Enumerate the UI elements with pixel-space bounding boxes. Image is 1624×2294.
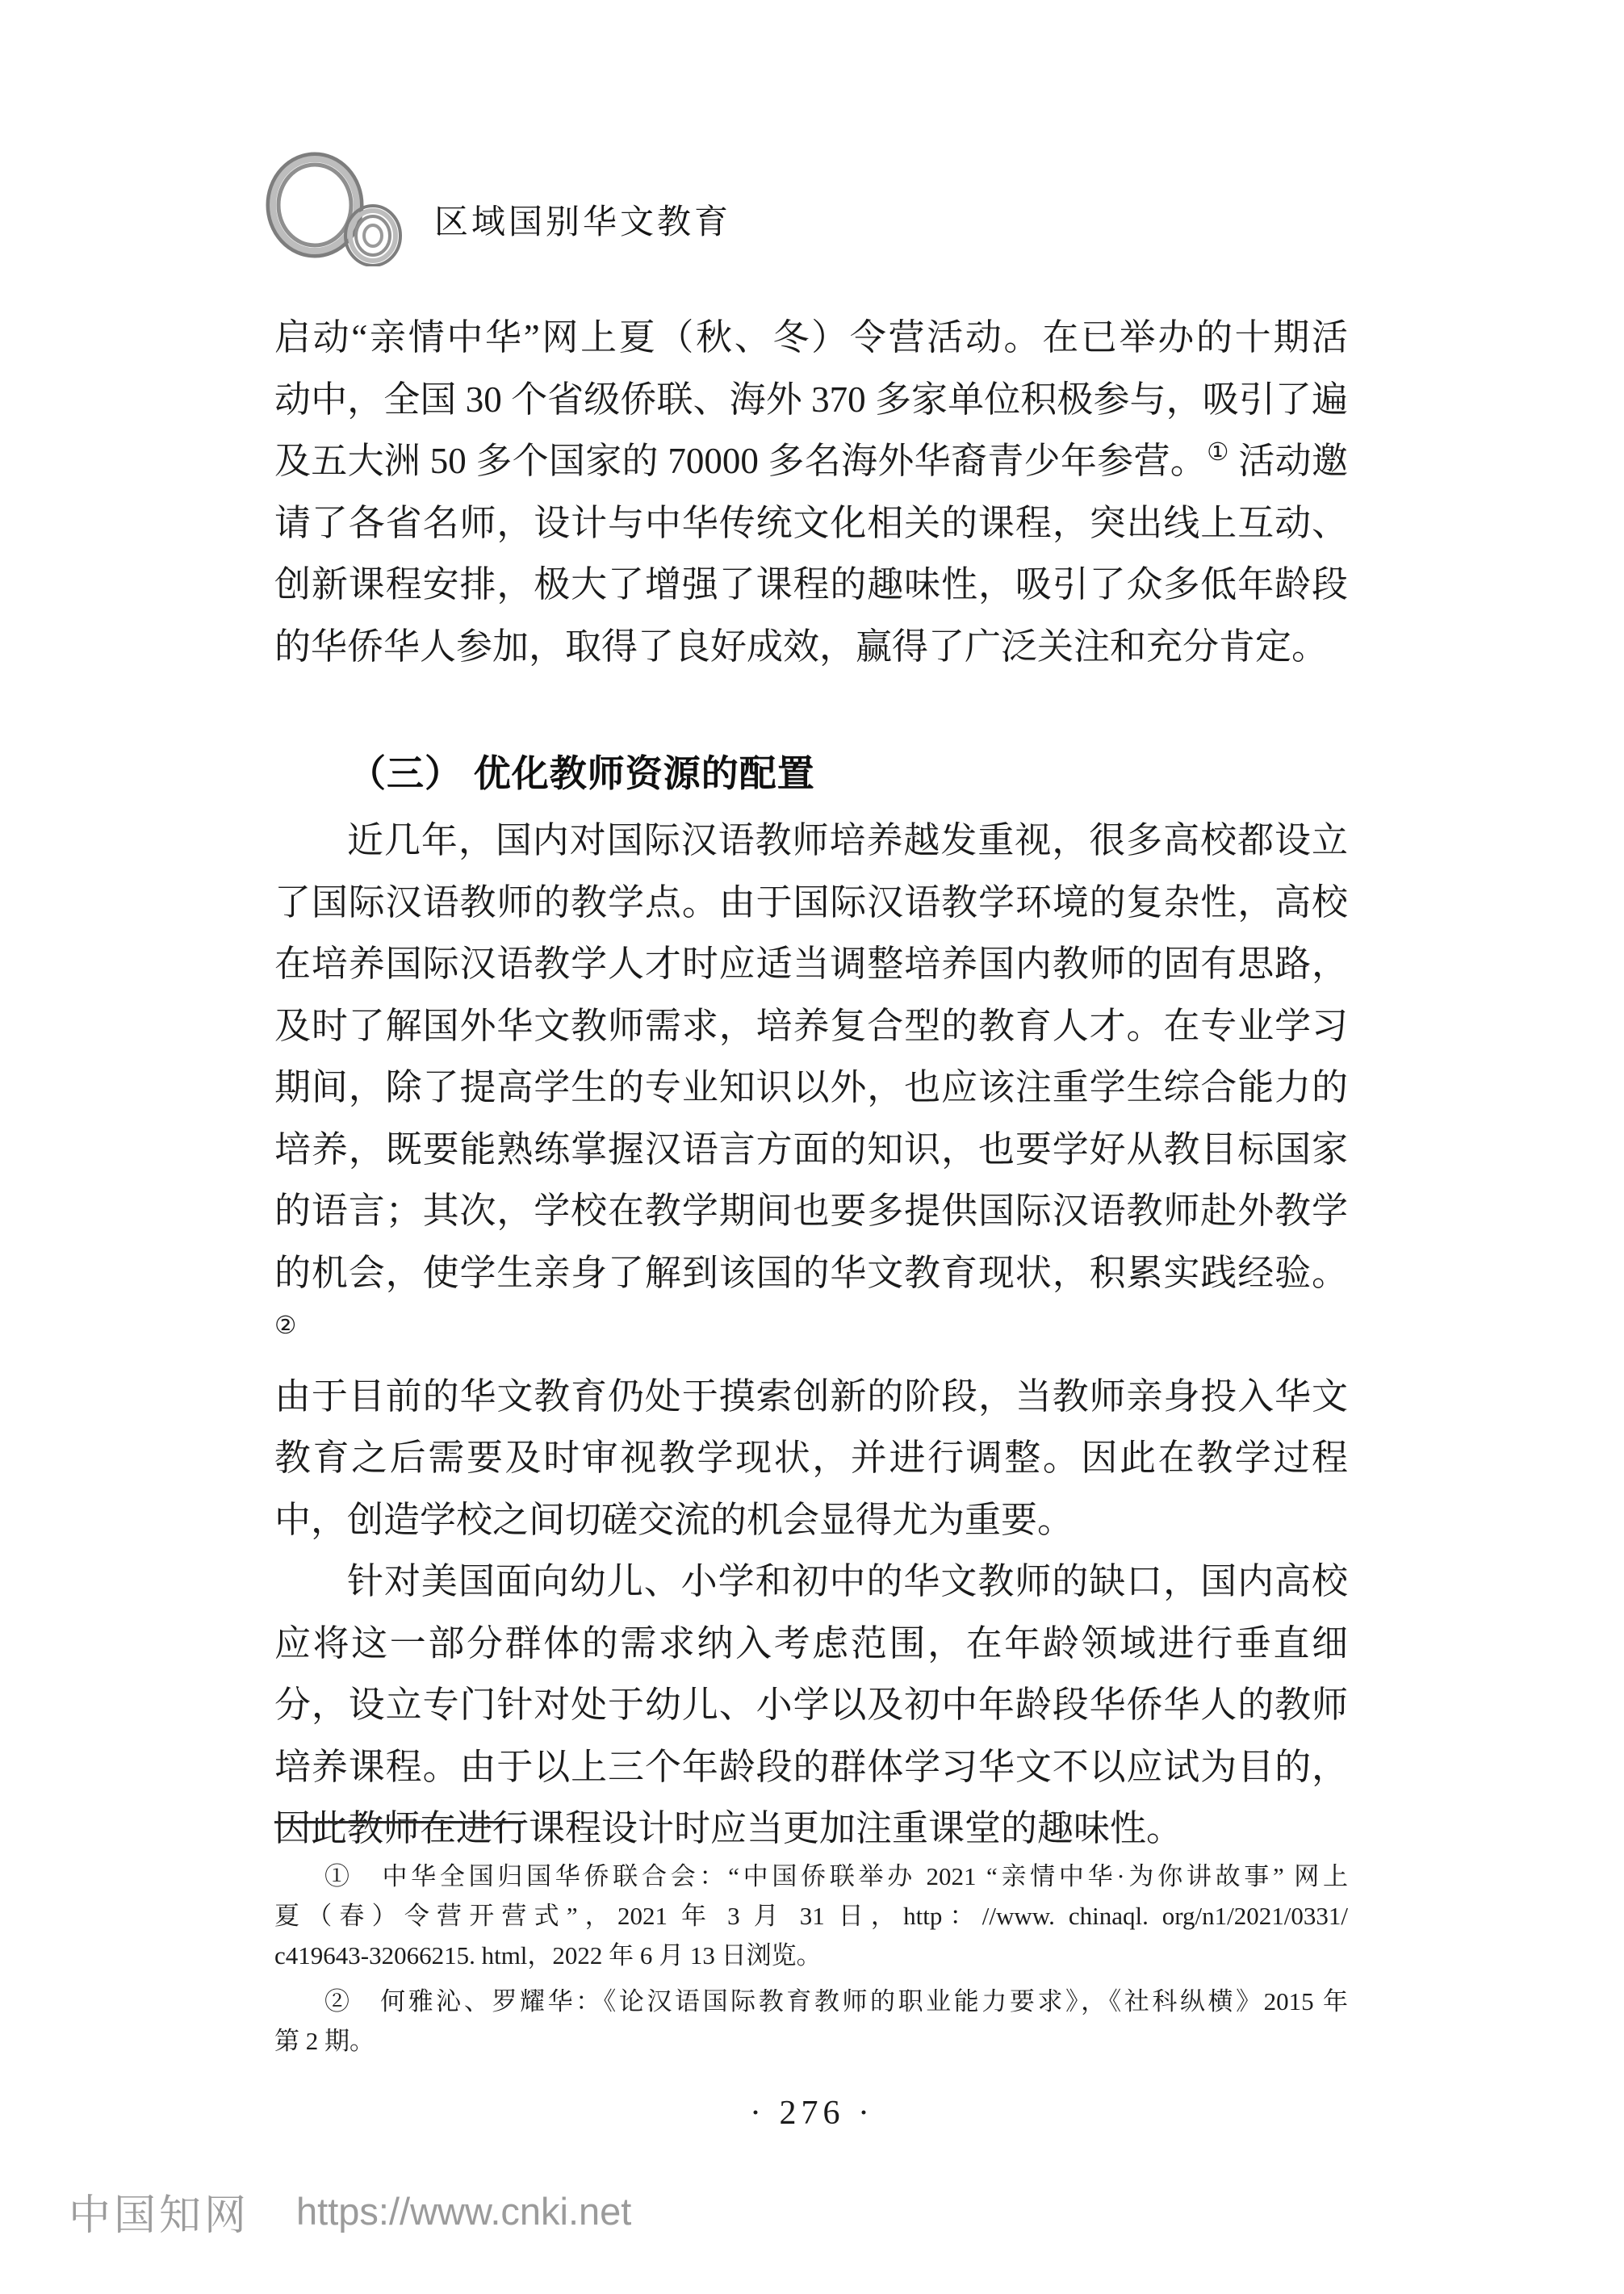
text-line: 因此教师在进行课程设计时应当更加注重课堂的趣味性。 [274,1798,1348,1860]
body-paragraph-3: 针对美国面向幼儿、小学和初中的华文教师的缺口，国内高校应将这一部分群体的需求纳入… [274,1551,1348,1860]
body-paragraph-2: 近几年，国内对国际汉语教师培养越发重视，很多高校都设立了国际汉语教师的教学点。由… [274,810,1348,1551]
text-line: 了国际汉语教师的教学点。由于国际汉语教学环境的复杂性，高校 [274,872,1348,934]
text-line: 动中，全国 30 个省级侨联、海外 370 多家单位积极参与，吸引了遍 [274,369,1348,431]
page-number: · 276 · [0,2094,1624,2133]
cnki-url: https://www.cnki.net [296,2189,631,2233]
body-paragraph-1: 启动“亲情中华”网上夏（秋、冬）令营活动。在已举办的十期活动中，全国 30 个省… [274,307,1348,677]
text-line: ① 中华全国归国华侨联合会：“中国侨联举办 2021 “亲情中华·为你讲故事” … [274,1857,1348,1896]
text-line: 第 2 期。 [274,2021,1348,2061]
rings-logo-icon [263,152,413,266]
text-line: 应将这一部分群体的需求纳入考虑范围，在年龄领域进行垂直细 [274,1613,1348,1675]
book-page: 区域国别华文教育 启动“亲情中华”网上夏（秋、冬）令营活动。在已举办的十期活动中… [0,0,1624,2294]
footnotes: ① 中华全国归国华侨联合会：“中国侨联举办 2021 “亲情中华·为你讲故事” … [274,1857,1348,2061]
text-line: 创新课程安排，极大了增强了课程的趣味性，吸引了众多低年龄段 [274,554,1348,616]
page-header: 区域国别华文教育 [263,152,731,266]
text-line: 及五大洲 50 多个国家的 70000 多名海外华裔青少年参营。① 活动邀 [274,430,1348,492]
cnki-site-name: 中国知网 [69,2181,249,2242]
text-line: 及时了解国外华文教师需求，培养复合型的教育人才。在专业学习 [274,995,1348,1057]
text-line: 中，创造学校之间切磋交流的机会显得尤为重要。 [274,1489,1348,1551]
footnote-separator-rule [274,1821,523,1823]
section-heading: （三） 优化教师资源的配置 [274,748,1348,798]
text-line: 针对美国面向幼儿、小学和初中的华文教师的缺口，国内高校 [274,1551,1348,1613]
text-line: 期间，除了提高学生的专业知识以外，也应该注重学生综合能力的 [274,1057,1348,1119]
text-line: 的机会，使学生亲身了解到该国的华文教育现状，积累实践经验。② [274,1242,1348,1366]
text-line: 启动“亲情中华”网上夏（秋、冬）令营活动。在已举办的十期活 [274,307,1348,369]
text-line: 夏（春）令营开营式”，2021 年 3 月 31 日，http：//www. c… [274,1896,1348,1936]
book-series-title: 区域国别华文教育 [434,174,731,244]
text-line: 教育之后需要及时审视教学现状，并进行调整。因此在教学过程 [274,1427,1348,1489]
text-line: 的华侨华人参加，取得了良好成效，赢得了广泛关注和充分肯定。 [274,616,1348,678]
text-line: 请了各省名师，设计与中华传统文化相关的课程，突出线上互动、 [274,492,1348,555]
text-line: 分，设立专门针对处于幼儿、小学以及初中年龄段华侨华人的教师 [274,1674,1348,1736]
text-line: ② 何雅沁、罗耀华：《论汉语国际教育教师的职业能力要求》，《社科纵横》2015 … [274,1982,1348,2021]
text-line: 在培养国际汉语教学人才时应适当调整培养国内教师的固有思路， [274,933,1348,995]
page-body: 启动“亲情中华”网上夏（秋、冬）令营活动。在已举办的十期活动中，全国 30 个省… [274,307,1348,1860]
footnote-1: ① 中华全国归国华侨联合会：“中国侨联举办 2021 “亲情中华·为你讲故事” … [274,1857,1348,1975]
cnki-watermark: 中国知网 https://www.cnki.net [69,2181,631,2242]
text-line: 近几年，国内对国际汉语教师培养越发重视，很多高校都设立 [274,810,1348,872]
text-line: 培养课程。由于以上三个年龄段的群体学习华文不以应试为目的， [274,1736,1348,1798]
text-line: c419643-32066215. html，2022 年 6 月 13 日浏览… [274,1936,1348,1975]
text-line: 的语言；其次，学校在教学期间也要多提供国际汉语教师赴外教学 [274,1180,1348,1242]
footnote-2: ② 何雅沁、罗耀华：《论汉语国际教育教师的职业能力要求》，《社科纵横》2015 … [274,1982,1348,2061]
text-line: 由于目前的华文教育仍处于摸索创新的阶段，当教师亲身投入华文 [274,1366,1348,1428]
text-line: 培养，既要能熟练掌握汉语言方面的知识，也要学好从教目标国家 [274,1119,1348,1181]
